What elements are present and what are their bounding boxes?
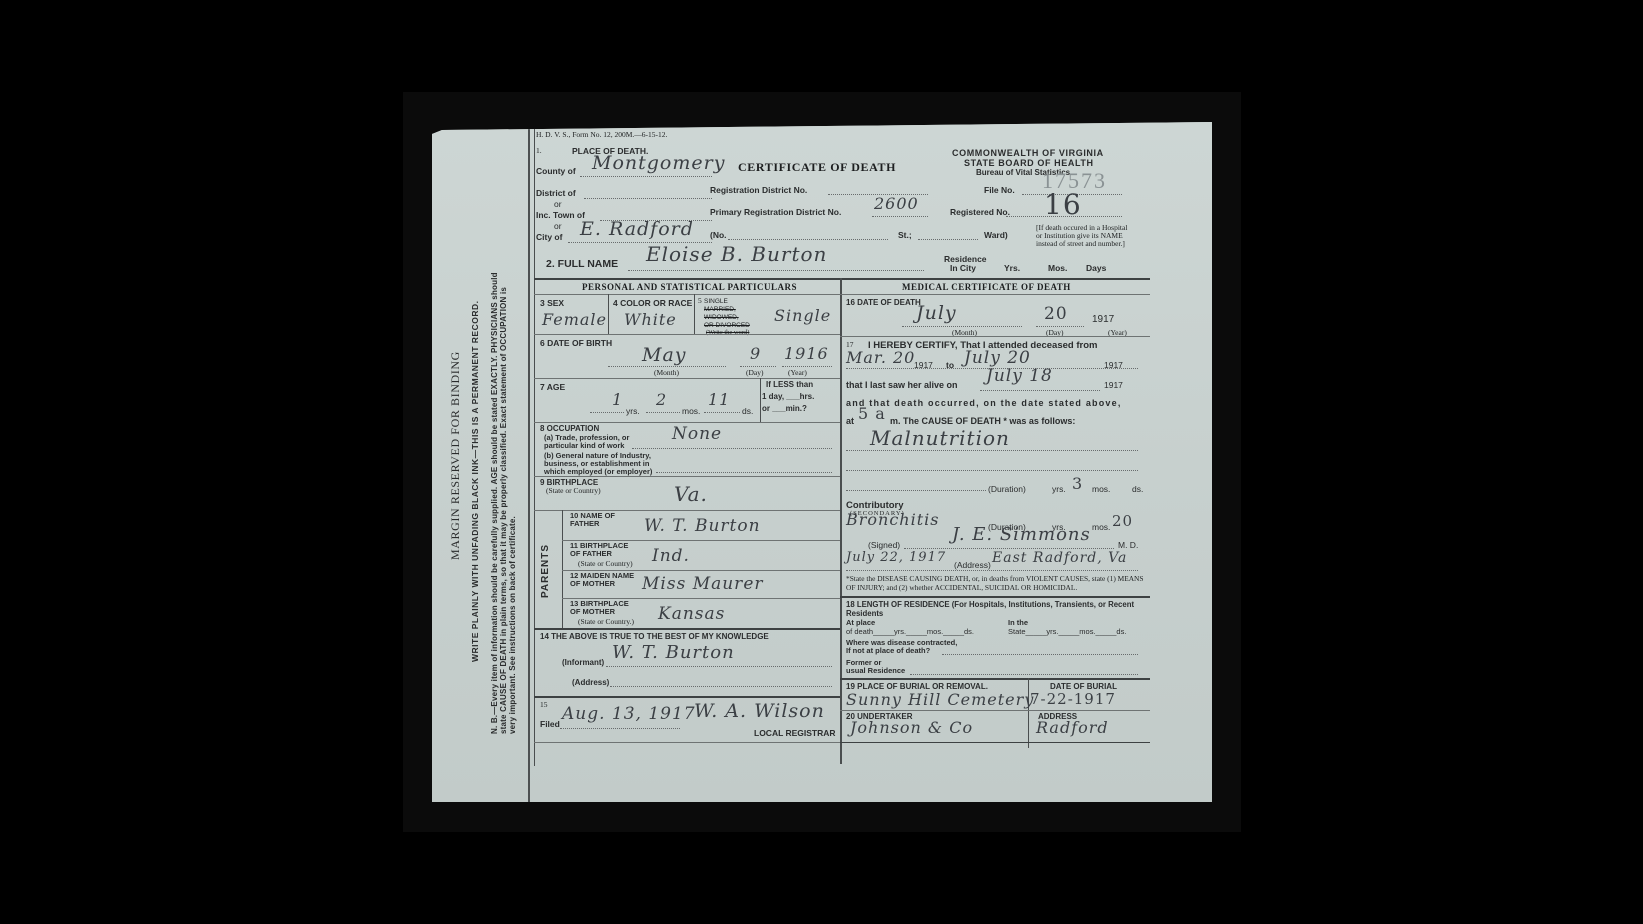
nb-line-3: very important. See instructions on back… (508, 516, 517, 734)
certificate-title: CERTIFICATE OF DEATH (738, 160, 896, 175)
age-days: 11 (708, 390, 730, 409)
undertaker-value: Johnson & Co (850, 718, 973, 737)
physician-address: East Radford, Va (992, 550, 1127, 566)
dob-month: May (642, 344, 687, 366)
file-no-label: File No. (984, 185, 1015, 195)
time-of-death: 5 a (858, 404, 886, 423)
district-label: District of (536, 188, 576, 198)
sex-label: 3 SEX (540, 298, 564, 308)
occurred-text: and that death occurred, on the date sta… (846, 398, 1122, 408)
last-saw-date: July 18 (986, 366, 1053, 386)
primary-registration-label: Primary Registration District No. (710, 207, 841, 217)
death-certificate: MARGIN RESERVED FOR BINDING WRITE PLAINL… (432, 122, 1212, 802)
cause-footnote: *State the DISEASE CAUSING DEATH, or, in… (846, 574, 1146, 592)
personal-particulars-heading: PERSONAL AND STATISTICAL PARTICULARS (582, 282, 797, 292)
authority-line-2: STATE BOARD OF HEALTH (964, 158, 1094, 168)
race-value: White (624, 310, 677, 329)
burial-date-value: 7-22-1917 (1030, 690, 1116, 708)
margin-reserved-text: MARGIN RESERVED FOR BINDING (448, 351, 463, 560)
father-birthplace: Ind. (652, 546, 690, 566)
sex-value: Female (542, 310, 607, 329)
date-of-death-day: 20 (1044, 304, 1068, 324)
county-label: County of (536, 166, 576, 176)
dob-day: 9 (750, 344, 761, 363)
attended-from: Mar. 20 (846, 348, 915, 367)
informant-name: W. T. Burton (612, 642, 735, 663)
age-months: 2 (656, 390, 667, 409)
nb-line-1: N. B.—Every item of information should b… (490, 272, 499, 734)
city-label: City of (536, 232, 562, 242)
cause-of-death-label: m. The CAUSE OF DEATH * was as follows: (890, 416, 1075, 426)
cause-of-death-value: Malnutrition (870, 426, 1010, 450)
form-id: H. D. V. S., Form No. 12, 200M.—6-15-12. (536, 130, 667, 139)
age-label: 7 AGE (540, 382, 565, 392)
informant-heading: 14 THE ABOVE IS TRUE TO THE BEST OF MY K… (540, 632, 769, 641)
registered-no-label: Registered No. (950, 207, 1010, 217)
registered-no-value: 16 (1044, 188, 1082, 221)
county-value: Montgomery (592, 152, 725, 174)
filed-date: Aug. 13, 1917 (562, 704, 696, 724)
attended-to-year: 1917 (1104, 360, 1123, 370)
residence-heading: 18 LENGTH OF RESIDENCE (For Hospitals, I… (846, 600, 1142, 618)
city-value: E. Radford (580, 218, 694, 240)
date-of-death-month: July (916, 302, 957, 324)
full-name-label: 2. FULL NAME (546, 258, 618, 270)
primary-registration-value: 2600 (874, 194, 919, 213)
occupation-value: None (672, 424, 722, 444)
race-label: 4 COLOR OR RACE (613, 298, 692, 308)
authority-line-1: COMMONWEALTH OF VIRGINIA (952, 148, 1104, 158)
dob-label: 6 DATE OF BIRTH (540, 338, 612, 348)
attended-to: July 20 (964, 348, 1031, 368)
local-registrar-label: LOCAL REGISTRAR (754, 728, 836, 738)
registration-district-label: Registration District No. (710, 185, 807, 195)
section-1-number: 1. (536, 146, 542, 155)
parents-label: PARENTS (540, 544, 551, 598)
ink-notice: WRITE PLAINLY WITH UNFADING BLACK INK—TH… (470, 301, 480, 663)
mother-maiden-name: Miss Maurer (642, 574, 764, 594)
medical-certificate-heading: MEDICAL CERTIFICATE OF DEATH (902, 282, 1071, 292)
duration-months: 3 (1072, 474, 1083, 493)
attended-from-year: 1917 (914, 360, 933, 370)
contributory-duration-months: 20 (1112, 512, 1133, 530)
binding-margin: MARGIN RESERVED FOR BINDING WRITE PLAINL… (432, 122, 530, 802)
town-label: Inc. Town of (536, 210, 585, 220)
nb-line-2: state CAUSE OF DEATH in plain terms, so … (499, 287, 508, 734)
signed-date: July 22, 1917 (846, 550, 946, 565)
last-saw-text: that I last saw her alive on (846, 380, 958, 390)
marital-status-value: Single (774, 306, 831, 325)
age-years: 1 (612, 390, 623, 409)
birthplace-value: Va. (674, 482, 708, 506)
mother-birthplace: Kansas (658, 604, 725, 624)
hospital-note: [If death occured in a Hospital or Insti… (1036, 224, 1128, 248)
contributory-value: Bronchitis (846, 510, 939, 529)
father-name: W. T. Burton (644, 516, 761, 536)
physician-signature: J. E. Simmons (952, 524, 1091, 545)
dob-year: 1916 (784, 344, 829, 363)
undertaker-address-value: Radford (1036, 718, 1109, 737)
occupation-label: 8 OCCUPATION (540, 424, 599, 433)
date-of-death-year: 1917 (1092, 314, 1114, 325)
full-name-value: Eloise B. Burton (646, 242, 827, 266)
burial-place-value: Sunny Hill Cemetery (846, 690, 1034, 709)
registrar-signature: W. A. Wilson (694, 700, 825, 722)
date-of-death-label: 16 DATE OF DEATH (846, 298, 921, 307)
